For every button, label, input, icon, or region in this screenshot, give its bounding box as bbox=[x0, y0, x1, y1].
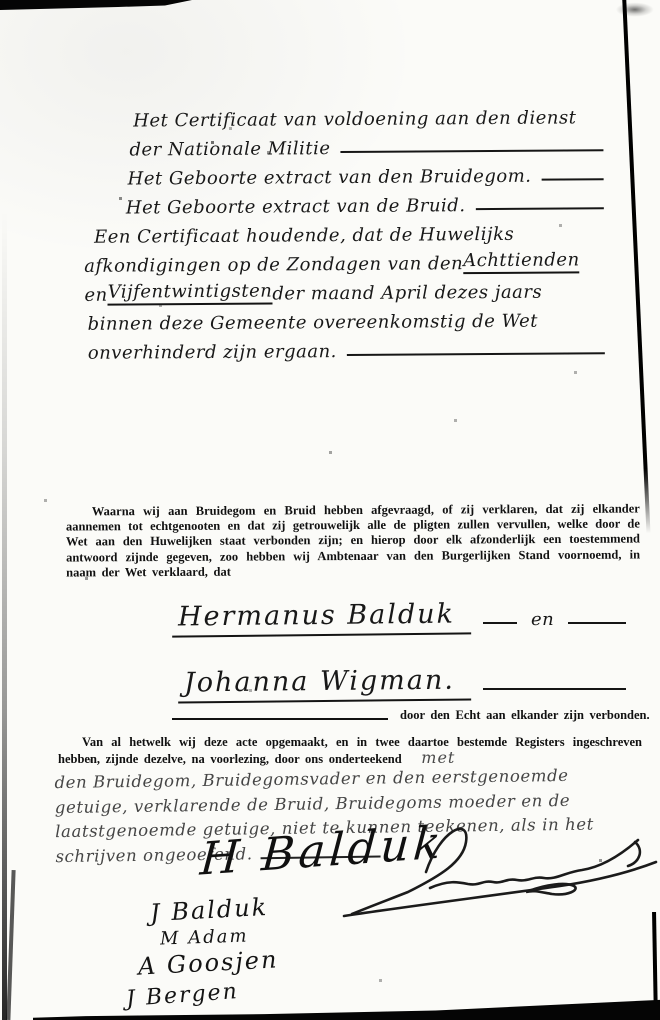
printed-vow-clause: Waarna wij aan Bruidegom en Bruid hebben… bbox=[66, 501, 640, 580]
doc-line: Het Geboorte extract van de Bruid. bbox=[84, 186, 606, 219]
registers-clause-text: Van al hetwelk wij deze acte opgemaakt, … bbox=[58, 735, 642, 766]
book-binding-streak-left bbox=[2, 210, 7, 1020]
doc-line: Het Geboorte extract van den Bruidegom. bbox=[84, 157, 606, 190]
doc-line: Het Certificaat van voldoening aan den d… bbox=[83, 99, 605, 132]
doc-line-text: Het Geboorte extract van de Bruid. bbox=[126, 195, 466, 218]
doc-line-text: onverhinderd zijn ergaan. bbox=[88, 341, 337, 364]
doc-line-text: der Nationale Militie bbox=[129, 138, 330, 160]
doc-line-text: Het Geboorte extract van den Bruidegom. bbox=[128, 166, 532, 190]
echt-verbonden-line: door den Echt aan elkander zijn verbonde… bbox=[172, 708, 640, 723]
submitted-documents-list: Het Certificaat van voldoening aan den d… bbox=[83, 99, 607, 364]
witness-signature: J Balduk bbox=[149, 893, 269, 927]
doc-line-text: Het Certificaat van voldoening aan den d… bbox=[133, 107, 576, 131]
doc-line-text: der maand April dezes jaars bbox=[272, 282, 542, 305]
underlined-date-vijfentwintigsten: Vijfentwintigsten bbox=[108, 281, 273, 306]
scan-noise-speckles bbox=[0, 0, 1, 1]
handwritten-met: met bbox=[407, 748, 455, 767]
filler-rule bbox=[483, 688, 626, 690]
scanned-marriage-record-page: Het Certificaat van voldoening aan den d… bbox=[0, 0, 660, 1020]
doc-line: afkondigingen op de Zondagen van den Ach… bbox=[84, 244, 606, 277]
witness-signature: A Goosjen bbox=[137, 945, 279, 980]
doc-line-text: en bbox=[84, 285, 107, 306]
filler-rule bbox=[347, 352, 605, 356]
filler-rule bbox=[542, 178, 604, 180]
bride-name-line: Johanna Wigman. bbox=[178, 666, 630, 702]
filler-rule bbox=[483, 622, 517, 624]
doc-line-text: binnen deze Gemeente overeenkomstig de W… bbox=[88, 311, 538, 335]
doc-line-text: Een Certificaat houdende, dat de Huwelij… bbox=[94, 224, 514, 248]
underlined-date-achttienden: Achttienden bbox=[463, 249, 580, 274]
filler-rule bbox=[476, 207, 604, 210]
groom-name-line: Hermanus Balduk en bbox=[172, 600, 630, 636]
groom-name: Hermanus Balduk bbox=[172, 598, 471, 637]
book-binding-streak-left-bottom bbox=[6, 870, 15, 1020]
scan-edge-bottom bbox=[0, 992, 660, 1020]
filler-rule bbox=[568, 622, 626, 624]
doc-line-text: afkondigingen op de Zondagen van den bbox=[84, 253, 463, 277]
flourish-signature bbox=[330, 810, 660, 925]
doc-line: Een Certificaat houdende, dat de Huwelij… bbox=[84, 215, 606, 248]
doc-line: binnen deze Gemeente overeenkomstig de W… bbox=[85, 302, 607, 335]
scan-edge-top bbox=[0, 0, 192, 10]
printed-registers-clause: Van al hetwelk wij deze acte opgemaakt, … bbox=[58, 735, 642, 767]
witness-signature: J Bergen bbox=[125, 979, 239, 1012]
filler-rule bbox=[341, 149, 604, 153]
doc-line: der Nationale Militie bbox=[83, 128, 605, 161]
doc-line: onverhinderd zijn ergaan. bbox=[85, 331, 607, 364]
doc-line: en Vijfentwintigsten der maand April dez… bbox=[84, 273, 606, 306]
bride-name: Johanna Wigman. bbox=[178, 664, 471, 703]
filler-rule bbox=[172, 718, 388, 720]
witness-signature: M Adam bbox=[160, 925, 249, 949]
conjunction-en: en bbox=[531, 609, 554, 630]
echt-verbonden-text: door den Echt aan elkander zijn verbonde… bbox=[400, 708, 650, 723]
